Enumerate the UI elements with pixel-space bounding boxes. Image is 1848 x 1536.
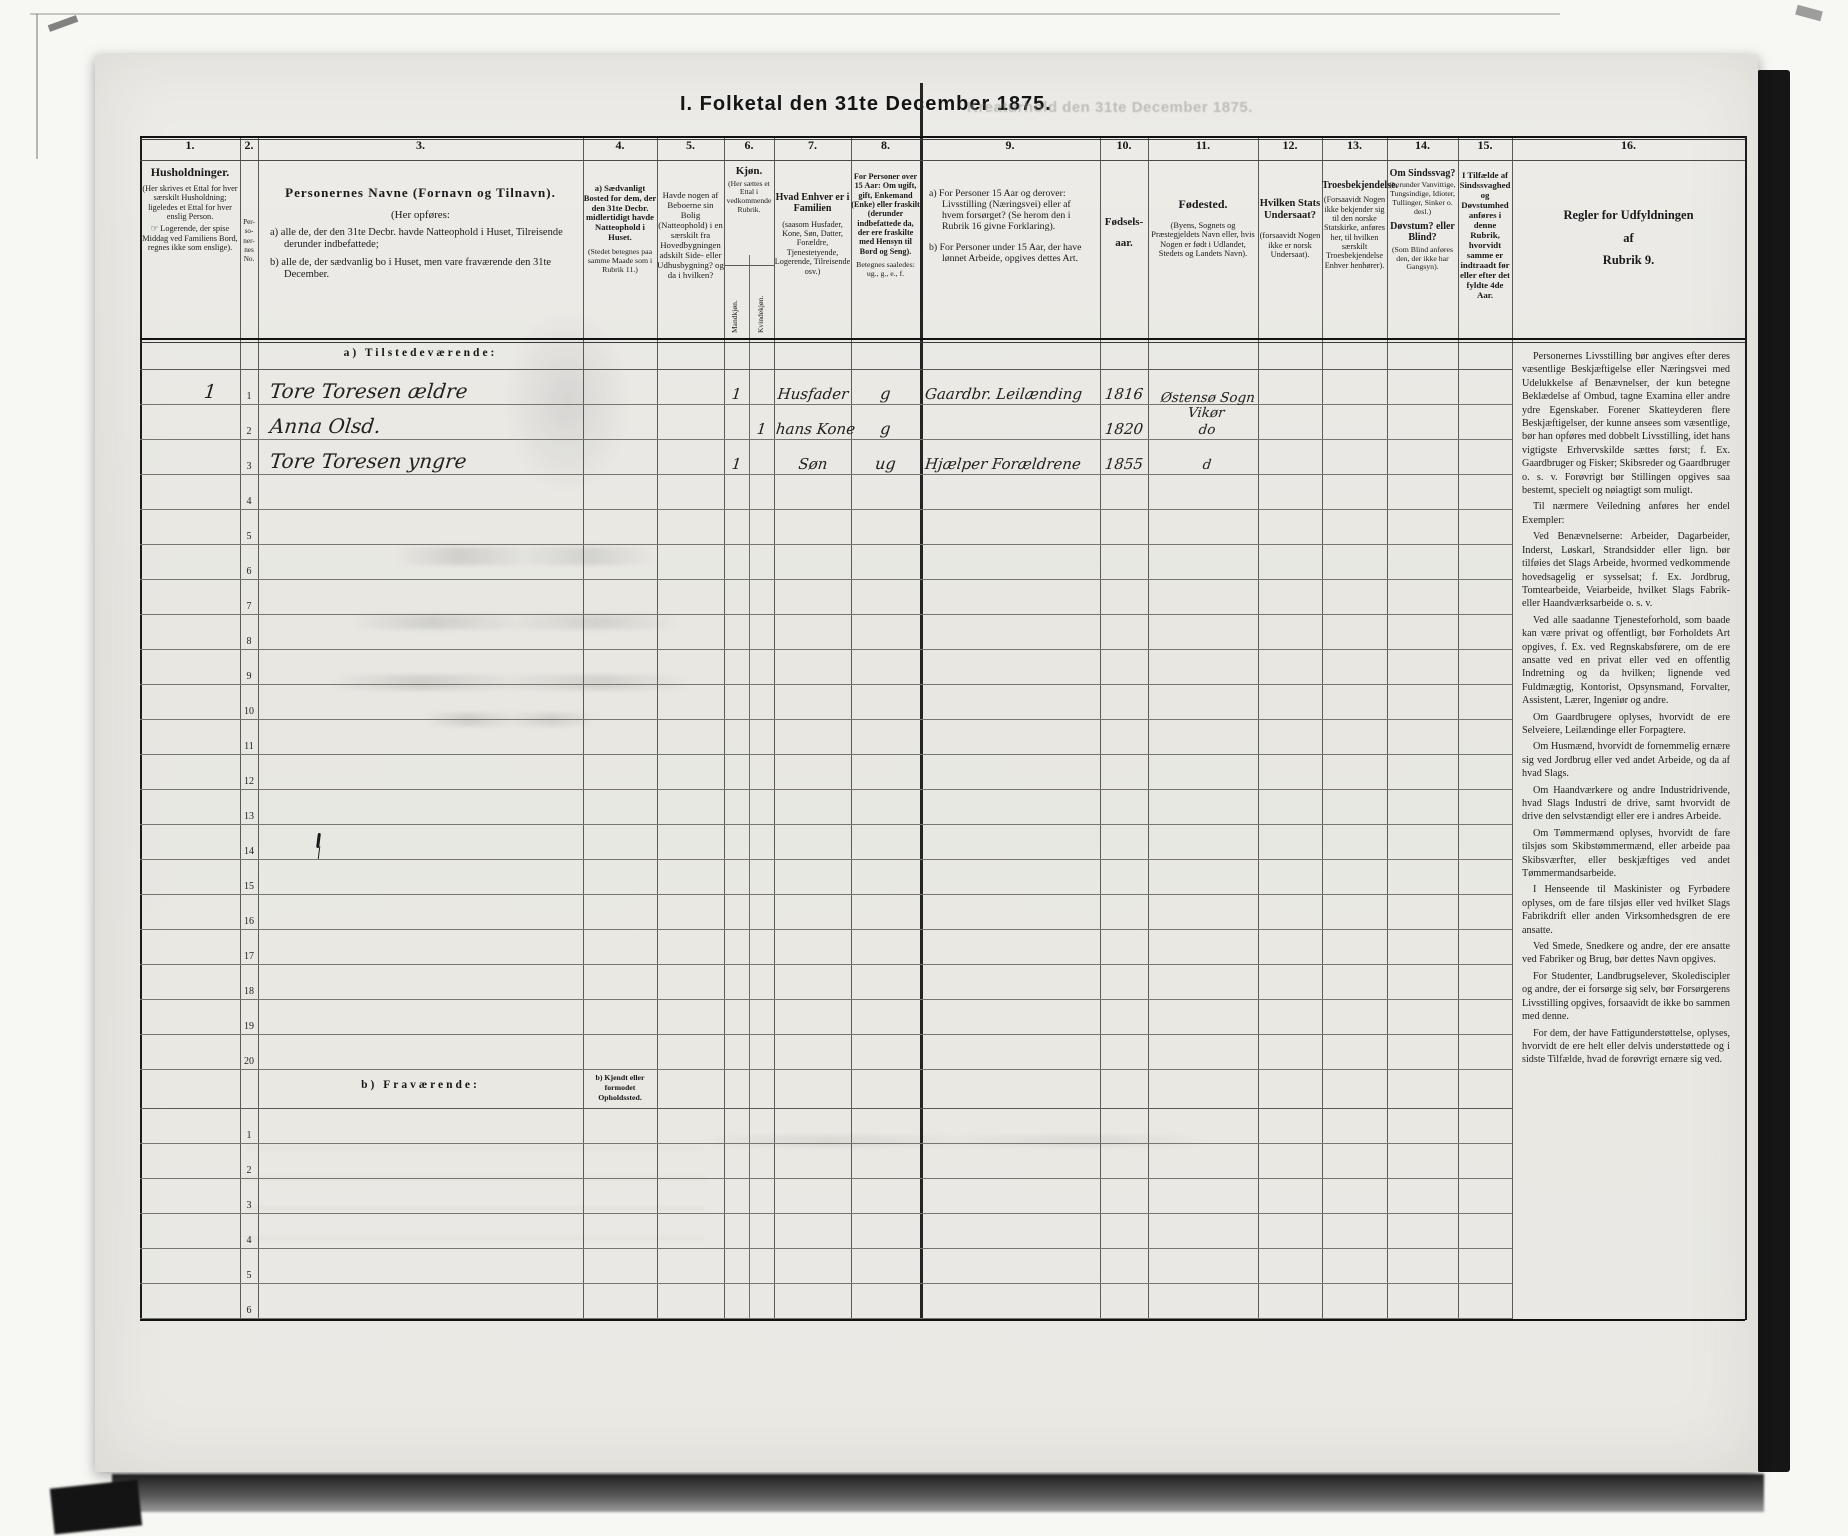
instructions-rubrik-9: Personernes Livsstilling bør angives eft… [1522,350,1730,1070]
header-note: (forsaavidt Nogen ikke er norsk Undersaa… [1258,231,1322,260]
row-lines-absent [140,1109,1512,1319]
column-number-10: 10. [1100,138,1148,160]
header-item-a: a) For Personer 15 Aar og derover: Livss… [927,188,1093,233]
instructions-paragraph: Ved alle saadanne Tjenesteforhold, som b… [1522,614,1730,708]
instructions-paragraph: Om Husmænd, hvorvidt de fornemmelig ernæ… [1522,740,1730,780]
column-number-11: 11. [1148,138,1258,160]
header-note-2: (Som Blind anføres den, der ikke har Gan… [1387,246,1458,273]
occupation: Gaardbr. Leilænding [924,385,1100,403]
column-header-statsborgerskab: Hvilken Stats Undersaat? (forsaavidt Nog… [1258,160,1322,338]
column-header-livsstilling: a) For Personer 15 Aar og derover: Livss… [920,160,1100,338]
column-number-6: 6. [724,138,774,160]
scan-corner-mark [50,1480,142,1535]
header-text: (Her opføres: [258,209,583,222]
column-header-personernes-navne: Personernes Navne (Fornavn og Tilnavn). … [258,160,583,338]
row-number: 14 [240,825,258,860]
person-name: Tore Toresen ældre [269,379,592,403]
column-header-sindssvag-dovstum-blind: Om Sindssvag? (herunder Vanvittige, Tung… [1387,160,1458,338]
header-item-b: b) For Personer under 15 Aar, der have l… [927,242,1093,264]
instructions-paragraph: For Studenter, Landbrugselever, Skoledis… [1522,970,1730,1024]
scan-edge-line [36,14,38,159]
instructions-paragraph: Personernes Livsstilling bør angives eft… [1522,350,1730,497]
row-number: 20 [240,1035,258,1070]
row-number: 1 [240,1109,258,1144]
family-position: Husfader [775,385,851,403]
column-header-familiestilling: Hvad Enhver er i Familien (saasom Husfad… [774,160,851,338]
row-lines-present [140,370,1512,1070]
column-header-troesbekjendelse: Troesbekjendelse. (Forsaavidt Nogen ikke… [1322,160,1387,338]
section-absent-column4-note: b) Kjendt eller formodet Opholdssted. [583,1073,657,1103]
header-note: ☞ Logerende, der spise Middag ved Famili… [140,224,240,252]
family-position: hans Kone [775,420,851,438]
person-name: Tore Toresen yngre [269,449,592,473]
table-row: Anna Olsd. 1 hans Kone g 1820 do [95,405,1512,440]
census-form-page: I. Folketal den 31te December 1875. Krea… [95,55,1758,1472]
column-header-indtraadt-alder: I Tilfælde af Sindssvaghed og Døvstumhed… [1458,160,1512,338]
row-number: 19 [240,1000,258,1035]
marital-status: g [852,419,919,438]
row-number: 18 [240,965,258,1000]
scan-edge-line [30,13,1560,15]
column-number-4: 4. [583,138,657,160]
row-number: 12 [240,755,258,790]
header-text: a) Sædvanligt Bosted for dem, der den 31… [583,184,657,243]
column-number-12: 12. [1258,138,1322,160]
header-item-a: a) alle de, der den 31te Decbr. havde Na… [268,227,573,251]
section-heading-present: a) Tilstedeværende: [258,347,583,359]
page-bottom-shadow [112,1474,1764,1512]
row-number: 7 [240,580,258,615]
column-number-9: 9. [920,138,1100,160]
column-header-fodselsaar: Fødsels- aar. [1100,160,1148,338]
row-number: 8 [240,615,258,650]
instructions-paragraph: I Henseende til Maskinister og Fyrbødere… [1522,883,1730,937]
instructions-paragraph: Ved Smede, Snedkere og andre, der ere an… [1522,940,1730,967]
occupation: Hjælper Forældrene [924,455,1100,473]
column-header-husholdninger: Husholdninger. (Her skrives et Ettal for… [140,160,240,338]
column-header-regler: Regler for Udfyldningen af Rubrik 9. [1512,160,1745,338]
sex-male-mark: 1 [723,385,750,403]
marital-status: g [852,384,919,403]
instructions-paragraph: Om Tømmermænd oplyses, hvorvidt de fare … [1522,827,1730,881]
column-number-5: 5. [657,138,724,160]
person-name: Anna Olsd. [269,414,592,438]
instructions-paragraph: Om Haandværkere og andre Industridrivend… [1522,784,1730,824]
column-header-fodested: Fødested. (Byens, Sognets og Præstegjeld… [1148,160,1258,338]
birth-year: 1820 [1100,420,1148,438]
header-title: Fødested. [1148,198,1258,212]
column-number-3: 3. [258,138,583,160]
subcolumn-label-mandkjon: Mandkjøn. [730,269,739,333]
row-number: 15 [240,860,258,895]
birth-year: 1855 [1100,455,1148,473]
birth-year: 1816 [1100,385,1148,403]
household-number: 1 [189,381,231,403]
row-number: 3 [240,1179,258,1214]
instructions-paragraph: For dem, der have Fattigunderstøttelse, … [1522,1027,1730,1067]
header-title: Husholdninger. [140,166,240,180]
row-number: 17 [240,930,258,965]
row-number: 10 [240,685,258,720]
column-header-udhusbygning: Havde nogen af Beboerne sin Bolig (Natte… [657,160,724,338]
header-title: Regler for Udfyldningen af Rubrik 9. [1512,204,1745,272]
column-number-14: 14. [1387,138,1458,160]
scan-corner-mark [48,15,79,32]
subcolumn-label-kvindekjon: Kvindekjøn. [756,269,765,333]
table-row: Tore Toresen yngre 1 Søn ug Hjælper Foræ… [95,440,1512,475]
row-number: 13 [240,790,258,825]
scan-corner-mark [1795,5,1823,21]
header-title: Troesbekjendelse. [1322,180,1387,191]
row-number: 16 [240,895,258,930]
header-title: Om Sindssvag? [1387,168,1458,179]
header-note: Betegnes saaledes: ug., g., e., f. [851,261,920,279]
header-title-2: Døvstum? eller Blind? [1387,221,1458,244]
column-header-personernes-no: Per- so- ner- nes No. [240,160,258,338]
column-header-civilstand: For Personer over 15 Aar: Om ugift, gift… [851,160,920,338]
header-title: Personernes Navne (Fornavn og Tilnavn). [258,186,583,201]
header-title: Fødsels- aar. [1100,212,1148,254]
column-header-saedvanligt-bosted: a) Sædvanligt Bosted for dem, der den 31… [583,160,657,338]
row-number: 4 [240,1214,258,1249]
birthplace: d [1152,458,1262,473]
column-number-15: 15. [1458,138,1512,160]
column-number-8: 8. [851,138,920,160]
column-number-2: 2. [240,138,258,160]
bleedthrough-title: Kreaturhold den 31te December 1875. [967,99,1297,116]
header-text: For Personer over 15 Aar: Om ugift, gift… [851,172,920,256]
row-number: 6 [240,1284,258,1319]
family-position: Søn [775,455,851,473]
sex-male-mark: 1 [723,455,750,473]
header-item-b: b) alle de, der sædvanlig bo i Huset, me… [268,257,573,281]
header-note: (Stedet betegnes paa samme Maade som i R… [583,248,657,275]
header-note: (Byens, Sognets og Præstegjeldets Navn e… [1148,221,1258,259]
instructions-paragraph: Til nærmere Veiledning anføres her endel… [1522,500,1730,527]
row-number: 2 [240,1144,258,1179]
header-title: Hvad Enhver er i Familien [774,192,851,215]
table-row: 1 Tore Toresen ældre 1 Husfader g Gaardb… [95,370,1512,405]
row-number: 5 [240,510,258,545]
marital-status: ug [852,454,919,473]
header-note: (saasom Husfader, Kone, Søn, Datter, For… [774,220,851,276]
instructions-paragraph: Ved Benævnelserne: Arbeider, Dagarbeider… [1522,530,1730,610]
column-number-16: 16. [1512,138,1745,160]
row-number: 5 [240,1249,258,1284]
header-text: (Her skrives et Ettal for hver særskilt … [140,184,240,222]
sex-female-mark: 1 [748,420,775,438]
header-note: (Forsaavidt Nogen ikke bekjender sig til… [1322,195,1387,270]
row-number: 9 [240,650,258,685]
header-title: Hvilken Stats Undersaat? [1258,198,1322,222]
birthplace: do [1152,423,1262,438]
row-number: 4 [240,475,258,510]
section-heading-absent: b) Fraværende: [258,1079,583,1091]
header-note: (Her sættes et Ettal i vedkommende Rubri… [724,180,774,215]
header-title: Kjøn. [724,165,774,178]
column-number-7: 7. [774,138,851,160]
column-number-13: 13. [1322,138,1387,160]
instructions-paragraph: Om Gaardbrugere oplyses, hvorvidt de ere… [1522,711,1730,738]
column-number-1: 1. [140,138,240,160]
row-number: 11 [240,720,258,755]
row-number: 6 [240,545,258,580]
page-edge-shadow [1757,70,1790,1472]
header-note: (herunder Vanvittige, Tungsindige, Idiot… [1387,181,1458,217]
